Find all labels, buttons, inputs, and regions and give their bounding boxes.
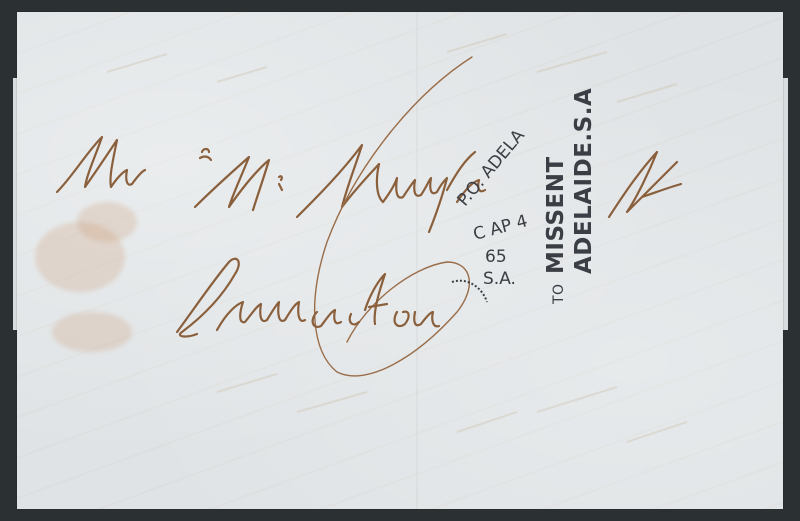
cover-markings: P.O. ADELA C AP 4 65 S.A. TO MISSENT ADE… — [17, 12, 783, 509]
show-through-writing — [107, 12, 687, 509]
missent-line1: MISSENT — [543, 156, 569, 274]
missent-prefix: TO — [551, 283, 567, 305]
handwriting-mrs — [57, 137, 211, 192]
handwriting-naughton — [297, 145, 485, 232]
missent-line2: ADELAIDE.S.A — [571, 88, 597, 274]
handwriting-mc — [195, 157, 282, 210]
handwritten-rate-mark — [315, 57, 472, 376]
datestamp-po: P.O. ADELA — [454, 125, 530, 210]
handwriting-launceston — [177, 259, 439, 337]
postal-cover: P.O. ADELA C AP 4 65 S.A. TO MISSENT ADE… — [17, 12, 783, 509]
datestamp-state: S.A. — [483, 269, 516, 289]
adelaide-datestamp: P.O. ADELA C AP 4 65 S.A. — [452, 125, 530, 302]
datestamp-date: C AP 4 — [471, 211, 530, 245]
datestamp-year: 65 — [485, 247, 507, 267]
photo-scene: P.O. ADELA C AP 4 65 S.A. TO MISSENT ADE… — [0, 0, 800, 521]
handwriting-flourish — [609, 152, 681, 217]
missent-handstamp: TO MISSENT ADELAIDE.S.A — [543, 88, 597, 305]
